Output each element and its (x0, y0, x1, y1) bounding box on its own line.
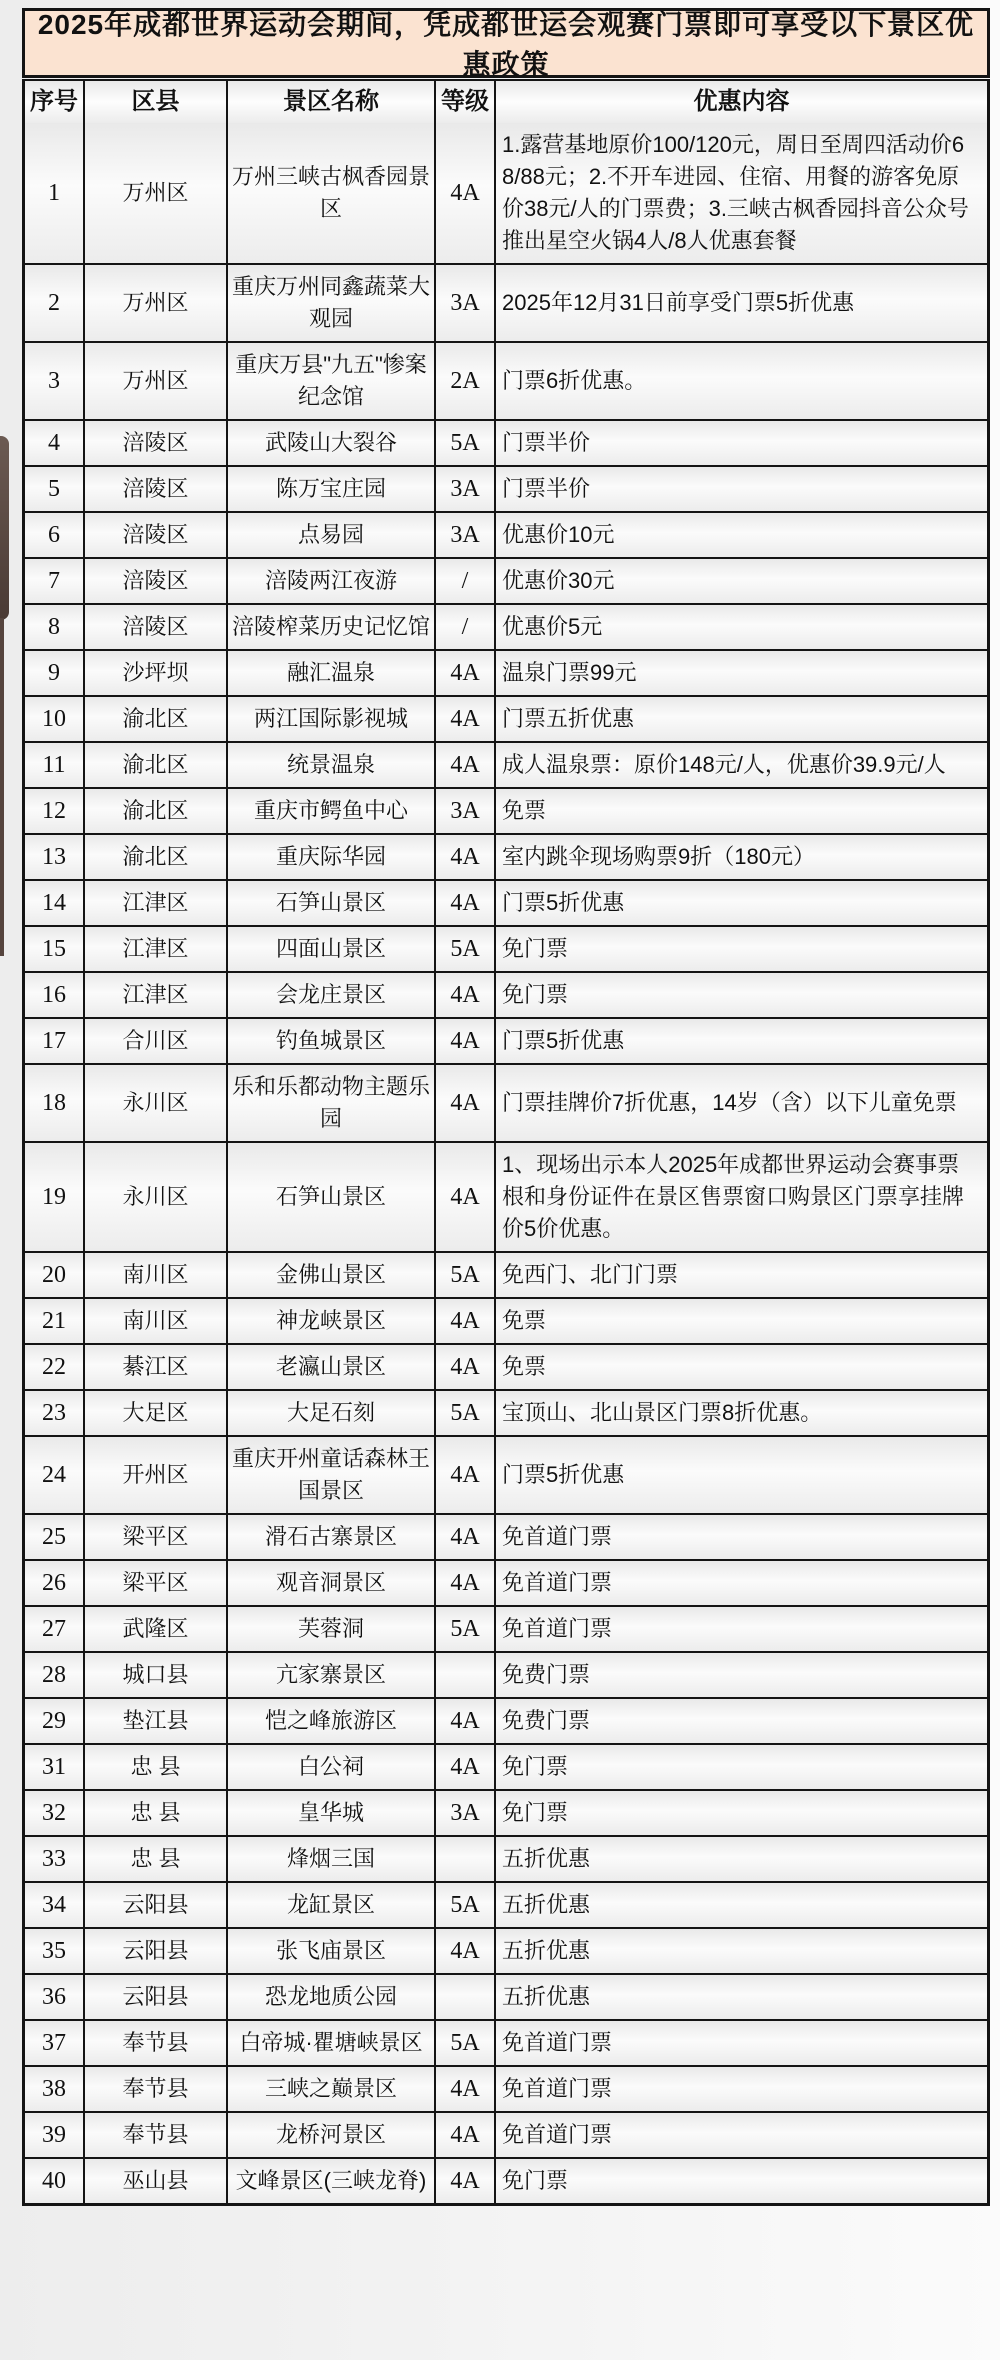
no-cell: 33 (25, 1837, 83, 1881)
grade-cell: 4A (436, 2067, 494, 2111)
benefit-cell: 免首道门票 (496, 2113, 987, 2157)
benefit-cell: 门票半价 (496, 421, 987, 465)
district-cell: 武隆区 (85, 1607, 226, 1651)
grade-cell (436, 1975, 494, 2019)
table-row: 17合川区钓鱼城景区4A门票5折优惠 (25, 1019, 987, 1063)
scenic-name-cell: 神龙峡景区 (228, 1299, 434, 1343)
scenic-name-cell: 石笋山景区 (228, 1143, 434, 1251)
district-cell: 奉节县 (85, 2021, 226, 2065)
scenic-name-cell: 万州三峡古枫香园景区 (228, 123, 434, 263)
table-row: 3万州区重庆万县"九五"惨案纪念馆2A门票6折优惠。 (25, 343, 987, 419)
scenic-name-cell: 重庆万县"九五"惨案纪念馆 (228, 343, 434, 419)
scenic-name-cell: 芙蓉洞 (228, 1607, 434, 1651)
grade-cell: 4A (436, 123, 494, 263)
district-cell: 江津区 (85, 881, 226, 925)
benefit-cell: 免首道门票 (496, 2021, 987, 2065)
no-cell: 15 (25, 927, 83, 971)
grade-cell: 4A (436, 743, 494, 787)
table-row: 33忠 县烽烟三国五折优惠 (25, 1837, 987, 1881)
no-cell: 31 (25, 1745, 83, 1789)
scenic-name-cell: 亢家寨景区 (228, 1653, 434, 1697)
scenic-name-cell: 涪陵两江夜游 (228, 559, 434, 603)
grade-cell: 4A (436, 2159, 494, 2203)
benefit-cell: 免门票 (496, 927, 987, 971)
scenic-name-cell: 老瀛山景区 (228, 1345, 434, 1389)
background-photo-sliver (0, 436, 9, 620)
no-cell: 12 (25, 789, 83, 833)
scenic-name-cell: 重庆开州童话森林王国景区 (228, 1437, 434, 1513)
table-row: 19永川区石笋山景区4A1、现场出示本人2025年成都世界运动会赛事票根和身份证… (25, 1143, 987, 1251)
table-row: 31忠 县白公祠4A免门票 (25, 1745, 987, 1789)
no-cell: 16 (25, 973, 83, 1017)
no-cell: 24 (25, 1437, 83, 1513)
district-cell: 奉节县 (85, 2067, 226, 2111)
header-col-no: 序号 (25, 81, 83, 123)
district-cell: 云阳县 (85, 1929, 226, 1973)
no-cell: 19 (25, 1143, 83, 1251)
benefit-cell: 免票 (496, 789, 987, 833)
no-cell: 32 (25, 1791, 83, 1835)
grade-cell: 4A (436, 1699, 494, 1743)
scenic-name-cell: 涪陵榨菜历史记忆馆 (228, 605, 434, 649)
district-cell: 渝北区 (85, 789, 226, 833)
district-cell: 云阳县 (85, 1883, 226, 1927)
benefit-cell: 宝顶山、北山景区门票8折优惠。 (496, 1391, 987, 1435)
table-grid: 序号区县景区名称等级优惠内容 1万州区万州三峡古枫香园景区4A1.露营基地原价1… (22, 79, 990, 2206)
grade-cell: 4A (436, 1065, 494, 1141)
district-cell: 南川区 (85, 1253, 226, 1297)
grade-cell: 3A (436, 1791, 494, 1835)
grade-cell: 5A (436, 927, 494, 971)
table-row: 8涪陵区涪陵榨菜历史记忆馆/优惠价5元 (25, 605, 987, 649)
grade-cell: 4A (436, 697, 494, 741)
benefit-cell: 免费门票 (496, 1699, 987, 1743)
table-title: 2025年成都世界运动会期间，凭成都世运会观赛门票即可享受以下景区优惠政策 (22, 8, 990, 78)
district-cell: 永川区 (85, 1143, 226, 1251)
benefit-cell: 免票 (496, 1345, 987, 1389)
district-cell: 垫江县 (85, 1699, 226, 1743)
grade-cell: 4A (436, 1929, 494, 1973)
scenic-name-cell: 白帝城·瞿塘峡景区 (228, 2021, 434, 2065)
table-row: 39奉节县龙桥河景区4A免首道门票 (25, 2113, 987, 2157)
scenic-name-cell: 重庆际华园 (228, 835, 434, 879)
no-cell: 21 (25, 1299, 83, 1343)
no-cell: 9 (25, 651, 83, 695)
scenic-name-cell: 大足石刻 (228, 1391, 434, 1435)
benefit-cell: 1.露营基地原价100/120元，周日至周四活动价68/88元；2.不开车进园、… (496, 123, 987, 263)
benefit-cell: 免首道门票 (496, 1607, 987, 1651)
header-col-district: 区县 (85, 81, 226, 123)
benefit-cell: 温泉门票99元 (496, 651, 987, 695)
district-cell: 涪陵区 (85, 513, 226, 557)
table-row: 36云阳县恐龙地质公园五折优惠 (25, 1975, 987, 2019)
table-body: 1万州区万州三峡古枫香园景区4A1.露营基地原价100/120元，周日至周四活动… (25, 123, 987, 2203)
benefit-cell: 门票半价 (496, 467, 987, 511)
no-cell: 34 (25, 1883, 83, 1927)
district-cell: 万州区 (85, 265, 226, 341)
grade-cell (436, 1653, 494, 1697)
no-cell: 8 (25, 605, 83, 649)
benefit-cell: 免首道门票 (496, 1561, 987, 1605)
no-cell: 7 (25, 559, 83, 603)
district-cell: 巫山县 (85, 2159, 226, 2203)
no-cell: 39 (25, 2113, 83, 2157)
district-cell: 沙坪坝 (85, 651, 226, 695)
no-cell: 20 (25, 1253, 83, 1297)
benefit-cell: 免门票 (496, 2159, 987, 2203)
grade-cell: 4A (436, 1299, 494, 1343)
district-cell: 奉节县 (85, 2113, 226, 2157)
scenic-name-cell: 统景温泉 (228, 743, 434, 787)
district-cell: 涪陵区 (85, 467, 226, 511)
table-row: 40巫山县文峰景区(三峡龙脊)4A免门票 (25, 2159, 987, 2203)
no-cell: 26 (25, 1561, 83, 1605)
benefit-cell: 免西门、北门门票 (496, 1253, 987, 1297)
table-row: 20南川区金佛山景区5A免西门、北门门票 (25, 1253, 987, 1297)
header-col-benefit: 优惠内容 (496, 81, 987, 123)
table-row: 25梁平区滑石古寨景区4A免首道门票 (25, 1515, 987, 1559)
district-cell: 渝北区 (85, 743, 226, 787)
grade-cell: 4A (436, 1019, 494, 1063)
header-col-name: 景区名称 (228, 81, 434, 123)
district-cell: 江津区 (85, 927, 226, 971)
scenic-name-cell: 观音洞景区 (228, 1561, 434, 1605)
grade-cell: 4A (436, 1345, 494, 1389)
scenic-name-cell: 四面山景区 (228, 927, 434, 971)
table-row: 15江津区四面山景区5A免门票 (25, 927, 987, 971)
benefit-cell: 门票5折优惠 (496, 1019, 987, 1063)
district-cell: 永川区 (85, 1065, 226, 1141)
grade-cell: 3A (436, 513, 494, 557)
no-cell: 36 (25, 1975, 83, 2019)
benefit-cell: 门票6折优惠。 (496, 343, 987, 419)
table-row: 23大足区大足石刻5A宝顶山、北山景区门票8折优惠。 (25, 1391, 987, 1435)
table-row: 2万州区重庆万州同鑫蔬菜大观园3A2025年12月31日前享受门票5折优惠 (25, 265, 987, 341)
district-cell: 云阳县 (85, 1975, 226, 2019)
grade-cell: 4A (436, 1437, 494, 1513)
benefit-cell: 优惠价5元 (496, 605, 987, 649)
scenic-name-cell: 皇华城 (228, 1791, 434, 1835)
no-cell: 1 (25, 123, 83, 263)
grade-cell: / (436, 605, 494, 649)
district-cell: 梁平区 (85, 1561, 226, 1605)
grade-cell: 5A (436, 421, 494, 465)
benefit-cell: 五折优惠 (496, 1975, 987, 2019)
district-cell: 渝北区 (85, 835, 226, 879)
scenic-name-cell: 武陵山大裂谷 (228, 421, 434, 465)
table-row: 21南川区神龙峡景区4A免票 (25, 1299, 987, 1343)
scenic-name-cell: 钓鱼城景区 (228, 1019, 434, 1063)
grade-cell: 4A (436, 973, 494, 1017)
benefit-cell: 优惠价10元 (496, 513, 987, 557)
grade-cell: 4A (436, 1515, 494, 1559)
discount-policy-table: 2025年成都世界运动会期间，凭成都世运会观赛门票即可享受以下景区优惠政策 序号… (22, 8, 990, 2206)
table-row: 28城口县亢家寨景区免费门票 (25, 1653, 987, 1697)
district-cell: 万州区 (85, 123, 226, 263)
table-row: 6涪陵区点易园3A优惠价10元 (25, 513, 987, 557)
table-row: 14江津区石笋山景区4A门票5折优惠 (25, 881, 987, 925)
scenic-name-cell: 白公祠 (228, 1745, 434, 1789)
no-cell: 6 (25, 513, 83, 557)
no-cell: 18 (25, 1065, 83, 1141)
scenic-name-cell: 文峰景区(三峡龙脊) (228, 2159, 434, 2203)
grade-cell: 4A (436, 1561, 494, 1605)
grade-cell: 4A (436, 651, 494, 695)
scenic-name-cell: 点易园 (228, 513, 434, 557)
no-cell: 37 (25, 2021, 83, 2065)
benefit-cell: 优惠价30元 (496, 559, 987, 603)
grade-cell: 2A (436, 343, 494, 419)
district-cell: 万州区 (85, 343, 226, 419)
district-cell: 合川区 (85, 1019, 226, 1063)
benefit-cell: 门票5折优惠 (496, 881, 987, 925)
grade-cell: 4A (436, 835, 494, 879)
table-row: 12渝北区重庆市鳄鱼中心3A免票 (25, 789, 987, 833)
grade-cell: 3A (436, 265, 494, 341)
table-row: 5涪陵区陈万宝庄园3A门票半价 (25, 467, 987, 511)
no-cell: 40 (25, 2159, 83, 2203)
benefit-cell: 2025年12月31日前享受门票5折优惠 (496, 265, 987, 341)
grade-cell: / (436, 559, 494, 603)
district-cell: 涪陵区 (85, 559, 226, 603)
no-cell: 35 (25, 1929, 83, 1973)
grade-cell: 4A (436, 881, 494, 925)
no-cell: 38 (25, 2067, 83, 2111)
table-row: 32忠 县皇华城3A免门票 (25, 1791, 987, 1835)
no-cell: 13 (25, 835, 83, 879)
table-row: 35云阳县张飞庙景区4A五折优惠 (25, 1929, 987, 1973)
no-cell: 2 (25, 265, 83, 341)
table-row: 24开州区重庆开州童话森林王国景区4A门票5折优惠 (25, 1437, 987, 1513)
grade-cell: 5A (436, 1607, 494, 1651)
scenic-name-cell: 陈万宝庄园 (228, 467, 434, 511)
scenic-name-cell: 会龙庄景区 (228, 973, 434, 1017)
benefit-cell: 门票挂牌价7折优惠，14岁（含）以下儿童免票 (496, 1065, 987, 1141)
table-title-text: 2025年成都世界运动会期间，凭成都世运会观赛门票即可享受以下景区优惠政策 (25, 3, 987, 83)
benefit-cell: 五折优惠 (496, 1837, 987, 1881)
district-cell: 忠 县 (85, 1791, 226, 1835)
scenic-name-cell: 烽烟三国 (228, 1837, 434, 1881)
grade-cell: 3A (436, 467, 494, 511)
district-cell: 涪陵区 (85, 605, 226, 649)
benefit-cell: 门票5折优惠 (496, 1437, 987, 1513)
table-row: 4涪陵区武陵山大裂谷5A门票半价 (25, 421, 987, 465)
scenic-name-cell: 龙缸景区 (228, 1883, 434, 1927)
scenic-name-cell: 石笋山景区 (228, 881, 434, 925)
district-cell: 忠 县 (85, 1745, 226, 1789)
no-cell: 27 (25, 1607, 83, 1651)
table-row: 13渝北区重庆际华园4A室内跳伞现场购票9折（180元） (25, 835, 987, 879)
benefit-cell: 五折优惠 (496, 1883, 987, 1927)
scenic-name-cell: 融汇温泉 (228, 651, 434, 695)
scenic-name-cell: 乐和乐都动物主题乐园 (228, 1065, 434, 1141)
grade-cell (436, 1837, 494, 1881)
scenic-name-cell: 重庆市鳄鱼中心 (228, 789, 434, 833)
benefit-cell: 免首道门票 (496, 2067, 987, 2111)
table-row: 1万州区万州三峡古枫香园景区4A1.露营基地原价100/120元，周日至周四活动… (25, 123, 987, 263)
scenic-name-cell: 金佛山景区 (228, 1253, 434, 1297)
header-col-grade: 等级 (436, 81, 494, 123)
scenic-name-cell: 恐龙地质公园 (228, 1975, 434, 2019)
table-row: 26梁平区观音洞景区4A免首道门票 (25, 1561, 987, 1605)
district-cell: 涪陵区 (85, 421, 226, 465)
district-cell: 梁平区 (85, 1515, 226, 1559)
benefit-cell: 门票五折优惠 (496, 697, 987, 741)
table-row: 22綦江区老瀛山景区4A免票 (25, 1345, 987, 1389)
no-cell: 11 (25, 743, 83, 787)
table-row: 16江津区会龙庄景区4A免门票 (25, 973, 987, 1017)
no-cell: 17 (25, 1019, 83, 1063)
table-row: 37奉节县白帝城·瞿塘峡景区5A免首道门票 (25, 2021, 987, 2065)
no-cell: 5 (25, 467, 83, 511)
district-cell: 大足区 (85, 1391, 226, 1435)
table-row: 34云阳县龙缸景区5A五折优惠 (25, 1883, 987, 1927)
scenic-name-cell: 滑石古寨景区 (228, 1515, 434, 1559)
table-row: 18永川区乐和乐都动物主题乐园4A门票挂牌价7折优惠，14岁（含）以下儿童免票 (25, 1065, 987, 1141)
no-cell: 22 (25, 1345, 83, 1389)
benefit-cell: 免门票 (496, 973, 987, 1017)
table-row: 10渝北区两江国际影视城4A门票五折优惠 (25, 697, 987, 741)
no-cell: 3 (25, 343, 83, 419)
grade-cell: 4A (436, 2113, 494, 2157)
table-row: 9沙坪坝融汇温泉4A温泉门票99元 (25, 651, 987, 695)
district-cell: 江津区 (85, 973, 226, 1017)
no-cell: 14 (25, 881, 83, 925)
grade-cell: 5A (436, 1253, 494, 1297)
no-cell: 23 (25, 1391, 83, 1435)
no-cell: 25 (25, 1515, 83, 1559)
benefit-cell: 免门票 (496, 1791, 987, 1835)
scenic-name-cell: 两江国际影视城 (228, 697, 434, 741)
grade-cell: 4A (436, 1143, 494, 1251)
grade-cell: 5A (436, 1391, 494, 1435)
benefit-cell: 成人温泉票：原价148元/人，优惠价39.9元/人 (496, 743, 987, 787)
grade-cell: 5A (436, 2021, 494, 2065)
benefit-cell: 免首道门票 (496, 1515, 987, 1559)
district-cell: 忠 县 (85, 1837, 226, 1881)
table-row: 27武隆区芙蓉洞5A免首道门票 (25, 1607, 987, 1651)
table-row: 7涪陵区涪陵两江夜游/优惠价30元 (25, 559, 987, 603)
no-cell: 29 (25, 1699, 83, 1743)
grade-cell: 4A (436, 1745, 494, 1789)
district-cell: 南川区 (85, 1299, 226, 1343)
scenic-name-cell: 恺之峰旅游区 (228, 1699, 434, 1743)
table-header-row: 序号区县景区名称等级优惠内容 (25, 81, 987, 123)
district-cell: 渝北区 (85, 697, 226, 741)
no-cell: 10 (25, 697, 83, 741)
table-row: 38奉节县三峡之巅景区4A免首道门票 (25, 2067, 987, 2111)
scenic-name-cell: 张飞庙景区 (228, 1929, 434, 1973)
scenic-name-cell: 重庆万州同鑫蔬菜大观园 (228, 265, 434, 341)
benefit-cell: 免费门票 (496, 1653, 987, 1697)
benefit-cell: 免门票 (496, 1745, 987, 1789)
scenic-name-cell: 三峡之巅景区 (228, 2067, 434, 2111)
no-cell: 4 (25, 421, 83, 465)
district-cell: 城口县 (85, 1653, 226, 1697)
benefit-cell: 免票 (496, 1299, 987, 1343)
district-cell: 开州区 (85, 1437, 226, 1513)
grade-cell: 5A (436, 1883, 494, 1927)
table-row: 29垫江县恺之峰旅游区4A免费门票 (25, 1699, 987, 1743)
scenic-name-cell: 龙桥河景区 (228, 2113, 434, 2157)
district-cell: 綦江区 (85, 1345, 226, 1389)
grade-cell: 3A (436, 789, 494, 833)
benefit-cell: 1、现场出示本人2025年成都世界运动会赛事票根和身份证件在景区售票窗口购景区门… (496, 1143, 987, 1251)
no-cell: 28 (25, 1653, 83, 1697)
benefit-cell: 室内跳伞现场购票9折（180元） (496, 835, 987, 879)
benefit-cell: 五折优惠 (496, 1929, 987, 1973)
background-photo-sliver-thin (0, 618, 4, 956)
table-row: 11渝北区统景温泉4A成人温泉票：原价148元/人，优惠价39.9元/人 (25, 743, 987, 787)
